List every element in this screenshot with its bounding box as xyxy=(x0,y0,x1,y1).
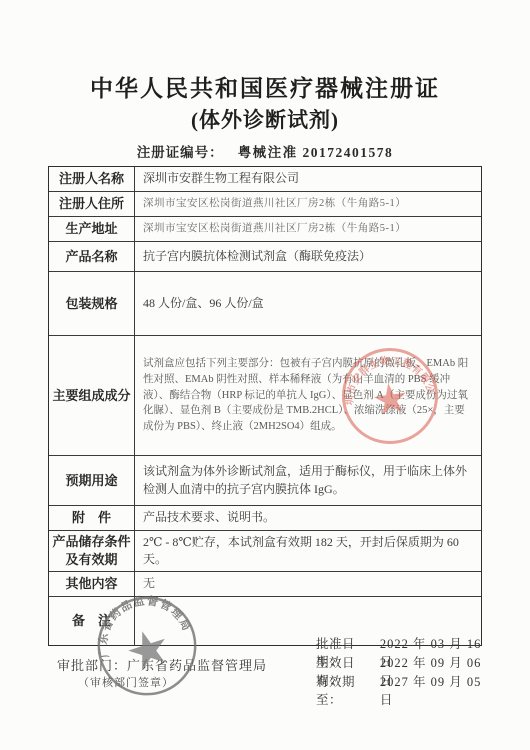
certificate-page: 中华人民共和国医疗器械注册证 (体外诊断试剂) 注册证编号：粤械注准 20172… xyxy=(0,0,530,750)
table-row: 生产地址 深圳市宝安区松岗街道燕川社区厂房2栋（牛角路5-1） xyxy=(49,216,481,241)
row-label: 包装规格 xyxy=(49,272,135,335)
table-row: 主要组成成分 试剂盒应包括下列主要部分：包被有子宫内膜抗原的微孔板、EMAb 阳… xyxy=(49,335,481,455)
approval-department-line: 审批部门：广东省药品监督管理局 xyxy=(57,655,267,674)
row-label: 产品名称 xyxy=(49,242,135,271)
row-label: 生产地址 xyxy=(49,217,135,241)
approval-department-label: 审批部门： xyxy=(57,658,127,673)
row-value: 深圳市宝安区松岗街道燕川社区厂房2栋（牛角路5-1） xyxy=(135,192,481,216)
table-row: 产品名称 抗子宫内膜抗体检测试剂盒（酶联免疫法） xyxy=(49,241,481,271)
row-label: 备 注 xyxy=(49,597,135,645)
row-label: 主要组成成分 xyxy=(49,336,135,455)
table-row: 注册人名称 深圳市安群生物工程有限公司 xyxy=(49,167,481,191)
page-subtitle: (体外诊断试剂) xyxy=(0,104,530,134)
table-row: 包装规格 48 人份/盒、96 人份/盒 xyxy=(49,271,481,335)
table-row: 产品储存条件及有效期 2℃ - 8℃贮存，本试剂盒有效期 182 天，开封后保质… xyxy=(49,530,481,571)
row-label: 注册人名称 xyxy=(49,167,135,191)
registration-number-value: 粤械注准 20172401578 xyxy=(238,145,394,160)
dates-block: 批准日期： 2022 年 03 月 16 日 生效日期： 2022 年 09 月… xyxy=(316,642,486,699)
row-label: 其他内容 xyxy=(49,572,135,596)
row-label: 附 件 xyxy=(49,506,135,530)
row-value: 48 人份/盒、96 人份/盒 xyxy=(135,272,481,335)
approval-department-value: 广东省药品监督管理局 xyxy=(127,658,267,673)
expiry-date-line: 有效期至： 2027 年 09 月 05 日 xyxy=(316,680,486,699)
approval-seal-note: （审核部门签章） xyxy=(78,674,174,690)
registration-number-line: 注册证编号：粤械注准 20172401578 xyxy=(0,141,530,161)
row-value: 2℃ - 8℃贮存，本试剂盒有效期 182 天，开封后保质期为 60 天。 xyxy=(135,531,481,571)
registration-number-label: 注册证编号： xyxy=(137,145,224,160)
row-label: 产品储存条件及有效期 xyxy=(49,531,135,571)
row-label: 预期用途 xyxy=(49,456,135,505)
table-row: 预期用途 该试剂盒为体外诊断试剂盒，适用于酶标仪，用于临床上体外检测人血清中的抗… xyxy=(49,455,481,505)
table-row: 其他内容 无 xyxy=(49,571,481,596)
row-value: 深圳市宝安区松岗街道燕川社区厂房2栋（牛角路5-1） xyxy=(135,217,481,241)
certificate-table: 注册人名称 深圳市安群生物工程有限公司 注册人住所 深圳市宝安区松岗街道燕川社区… xyxy=(48,166,482,646)
expiry-date-value: 2027 年 09 月 05 日 xyxy=(380,672,486,708)
expiry-date-label: 有效期至： xyxy=(316,672,374,708)
row-value: 抗子宫内膜抗体检测试剂盒（酶联免疫法） xyxy=(135,242,481,271)
row-value: 试剂盒应包括下列主要部分：包被有子宫内膜抗原的微孔板、EMAb 阳性对照、EMA… xyxy=(135,336,481,455)
row-label: 注册人住所 xyxy=(49,192,135,216)
row-value: 该试剂盒为体外诊断试剂盒，适用于酶标仪，用于临床上体外检测人血清中的抗子宫内膜抗… xyxy=(135,456,481,505)
page-title: 中华人民共和国医疗器械注册证 xyxy=(0,70,530,103)
table-row: 附 件 产品技术要求、说明书。 xyxy=(49,505,481,530)
row-value: 深圳市安群生物工程有限公司 xyxy=(135,167,481,191)
row-value: 产品技术要求、说明书。 xyxy=(135,506,481,530)
table-row: 注册人住所 深圳市宝安区松岗街道燕川社区厂房2栋（牛角路5-1） xyxy=(49,191,481,216)
row-value: 无 xyxy=(135,572,481,596)
